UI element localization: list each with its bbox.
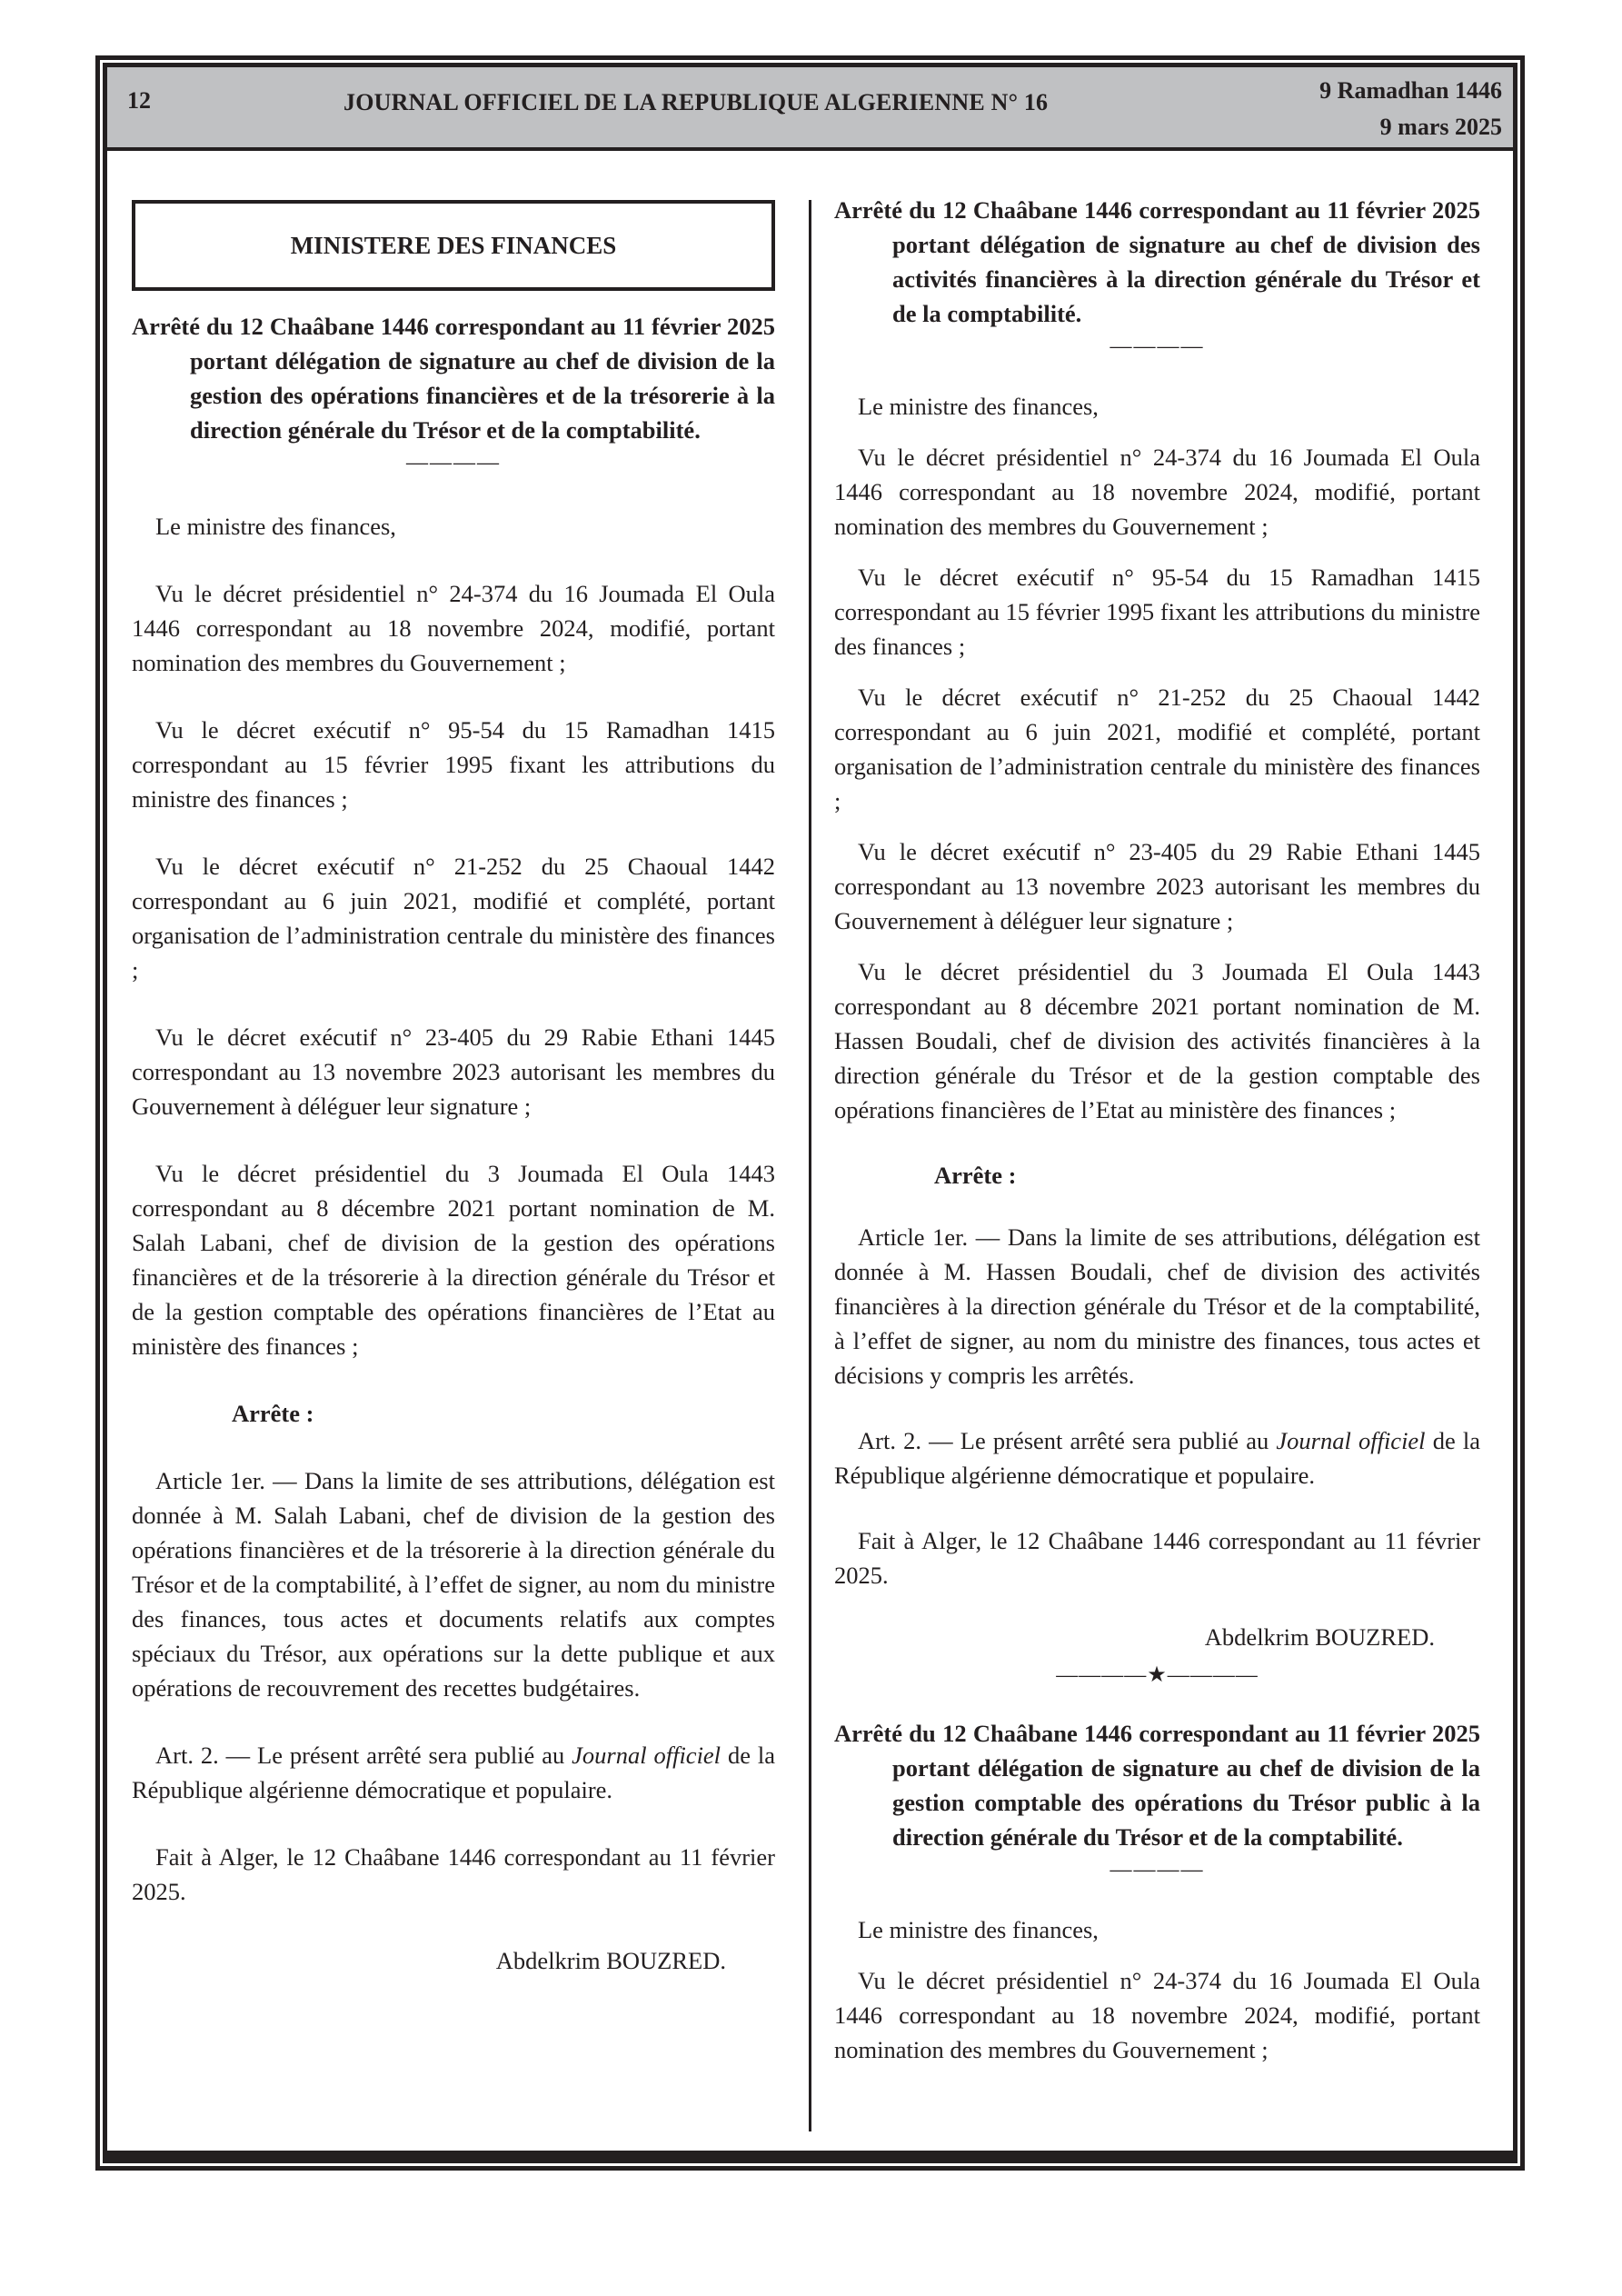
- article-2: Art. 2. — Le présent arrêté sera publié …: [834, 1423, 1480, 1492]
- considerant: Vu le décret exécutif n° 23-405 du 29 Ra…: [132, 1020, 775, 1123]
- considerant: Vu le décret présidentiel n° 24-374 du 1…: [132, 576, 775, 680]
- decree-intro: Le ministre des finances,: [132, 509, 775, 544]
- considerant: Vu le décret exécutif n° 23-405 du 29 Ra…: [834, 834, 1480, 938]
- page-number: 12: [127, 87, 151, 115]
- left-column: MINISTERE DES FINANCES Arrêté du 12 Chaâ…: [132, 200, 775, 1978]
- column-divider: [809, 200, 811, 2131]
- considerant: Vu le décret présidentiel n° 24-374 du 1…: [834, 440, 1480, 544]
- decree-title: Arrêté du 12 Chaâbane 1446 correspondant…: [834, 193, 1480, 331]
- considerant: Vu le décret exécutif n° 95-54 du 15 Ram…: [132, 713, 775, 816]
- arrete-label: Arrête :: [132, 1396, 775, 1431]
- fait-a-alger: Fait à Alger, le 12 Chaâbane 1446 corres…: [834, 1523, 1480, 1592]
- issue-date-hijri: 9 Ramadhan 1446: [1319, 73, 1502, 109]
- article-1: Article 1er. — Dans la limite de ses att…: [132, 1463, 775, 1705]
- arrete-label: Arrête :: [834, 1158, 1480, 1193]
- fait-a-alger: Fait à Alger, le 12 Chaâbane 1446 corres…: [132, 1840, 775, 1909]
- issue-date: 9 Ramadhan 1446 9 mars 2025: [1319, 73, 1502, 145]
- article-2-text: Art. 2. — Le présent arrêté sera publié …: [858, 1427, 1276, 1454]
- journal-officiel-italic: Journal officiel: [1276, 1427, 1425, 1454]
- article-2-text: Art. 2. — Le présent arrêté sera publié …: [155, 1742, 572, 1769]
- considerant: Vu le décret présidentiel du 3 Joumada E…: [132, 1156, 775, 1363]
- title-separator: ————: [834, 333, 1480, 360]
- journal-title: JOURNAL OFFICIEL DE LA REPUBLIQUE ALGERI…: [343, 89, 1048, 116]
- journal-officiel-italic: Journal officiel: [572, 1742, 721, 1769]
- considerant: Vu le décret exécutif n° 21-252 du 25 Ch…: [132, 849, 775, 987]
- article-1: Article 1er. — Dans la limite de ses att…: [834, 1220, 1480, 1393]
- ministry-heading-box: MINISTERE DES FINANCES: [132, 200, 775, 291]
- signature: Abdelkrim BOUZRED.: [132, 1943, 775, 1978]
- decree-intro-2: Le ministre des finances,: [834, 1912, 1480, 1947]
- considerant: Vu le décret présidentiel du 3 Joumada E…: [834, 954, 1480, 1127]
- decree-intro: Le ministre des finances,: [834, 389, 1480, 424]
- page-bottom-rule: [103, 2151, 1518, 2160]
- signature: Abdelkrim BOUZRED.: [834, 1620, 1480, 1654]
- issue-date-gregorian: 9 mars 2025: [1319, 109, 1502, 145]
- considerant: Vu le décret exécutif n° 95-54 du 15 Ram…: [834, 560, 1480, 664]
- journal-header: 12 JOURNAL OFFICIEL DE LA REPUBLIQUE ALG…: [107, 67, 1513, 151]
- considerant: Vu le décret présidentiel n° 24-374 du 1…: [834, 1963, 1480, 2067]
- decree-title-2: Arrêté du 12 Chaâbane 1446 correspondant…: [834, 1716, 1480, 1854]
- decree-title: Arrêté du 12 Chaâbane 1446 correspondant…: [132, 309, 775, 447]
- star-separator: ————★————: [834, 1662, 1480, 1689]
- considerant: Vu le décret exécutif n° 21-252 du 25 Ch…: [834, 680, 1480, 818]
- ministry-heading: MINISTERE DES FINANCES: [291, 228, 617, 263]
- article-2: Art. 2. — Le présent arrêté sera publié …: [132, 1738, 775, 1807]
- right-column: Arrêté du 12 Chaâbane 1446 correspondant…: [834, 193, 1480, 2067]
- title-separator: ————: [132, 449, 775, 476]
- title-separator-2: ————: [834, 1856, 1480, 1883]
